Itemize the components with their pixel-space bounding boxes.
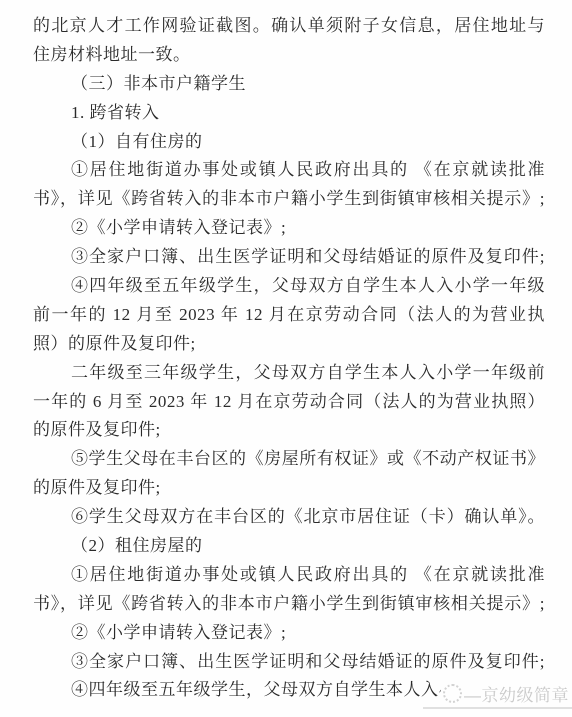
text-line: 书》，详见《跨省转入的非本市户籍小学生到街镇审核相关提示》; — [33, 590, 545, 619]
text-line: ⑥学生父母双方在丰台区的《北京市居住证（卡）确认单》。 — [33, 503, 545, 532]
text-line: 的北京人才工作网验证截图。确认单须附子女信息，居住地址与 — [33, 12, 545, 41]
watermark: —京幼级简章 — [441, 680, 569, 706]
text-line: （1）自有住房的 — [33, 128, 545, 157]
text-line: 书》，详见《跨省转入的非本市户籍小学生到街镇审核相关提示》; — [33, 185, 545, 214]
watermark-round-seal-icon — [443, 684, 462, 703]
watermark-underline — [423, 707, 572, 709]
text-line: ③全家户口簿、出生医学证明和父母结婚证的原件及复印件; — [33, 648, 545, 677]
text-line: 前一年的 12 月至 2023 年 12 月在京劳动合同（法人的为营业执 — [33, 301, 545, 330]
text-line: 二年级至三年级学生，父母双方自学生本人入小学一年级前 — [33, 359, 545, 388]
text-line: 照）的原件及复印件; — [33, 330, 545, 359]
text-line: ②《小学申请转入登记表》; — [33, 619, 545, 648]
text-line: ①居住地街道办事处或镇人民政府出具的 《在京就读批准 — [33, 561, 545, 590]
text-line: （2）租住房屋的 — [33, 532, 545, 561]
text-line: 的原件及复印件; — [33, 416, 545, 445]
document-body: 的北京人才工作网验证截图。确认单须附子女信息，居住地址与住房材料地址一致。（三）… — [33, 12, 545, 705]
text-line: ⑤学生父母在丰台区的《房屋所有权证》或《不动产权证书》 — [33, 445, 545, 474]
text-line: 的原件及复印件; — [33, 474, 545, 503]
text-line: 一年的 6 月至 2023 年 12 月在京劳动合同（法人的为营业执照） — [33, 388, 545, 417]
text-line: ④四年级至五年级学生，父母双方自学生本人入小学一年级 — [33, 272, 545, 301]
text-line: （三）非本市户籍学生 — [33, 70, 545, 99]
text-line: ①居住地街道办事处或镇人民政府出具的 《在京就读批准 — [33, 156, 545, 185]
document-page: 的北京人才工作网验证截图。确认单须附子女信息，居住地址与住房材料地址一致。（三）… — [0, 0, 572, 717]
text-line: 住房材料地址一致。 — [33, 41, 545, 70]
text-line: ②《小学申请转入登记表》; — [33, 214, 545, 243]
watermark-text: —京幼级简章 — [464, 681, 569, 706]
text-line: ③全家户口簿、出生医学证明和父母结婚证的原件及复印件; — [33, 243, 545, 272]
text-line: 1. 跨省转入 — [33, 99, 545, 128]
